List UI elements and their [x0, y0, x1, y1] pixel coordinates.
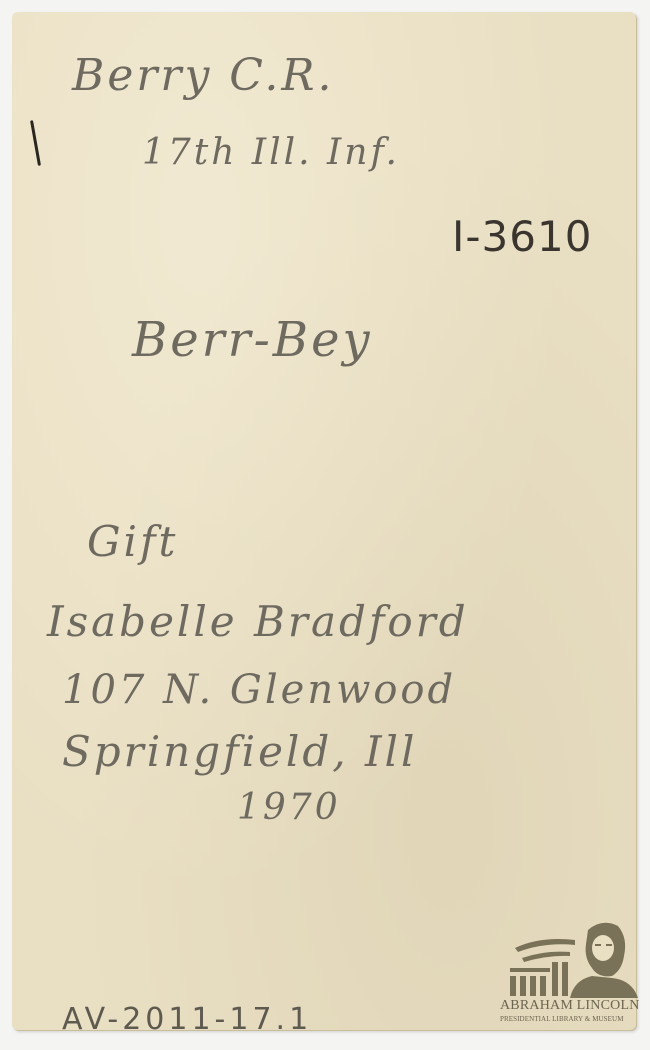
- catalog-number: I-3610: [452, 212, 592, 261]
- library-logo: ABRAHAM LINCOLN PRESIDENTIAL LIBRARY & M…: [500, 918, 640, 1030]
- gift-year: 1970: [237, 787, 341, 828]
- file-range: Berr-Bey: [132, 312, 373, 368]
- pencil-mark: [30, 120, 41, 166]
- soldier-name: Berry C.R.: [72, 50, 334, 101]
- card-back: Berry C.R. 17th Ill. Inf. I-3610 Berr-Be…: [12, 12, 636, 1030]
- lincoln-portrait-building-icon: [500, 918, 640, 998]
- donor-city: Springfield, Ill: [62, 727, 417, 776]
- accession-number: AV-2011-17.1: [62, 1002, 312, 1037]
- regiment-unit: 17th Ill. Inf.: [142, 132, 400, 173]
- donor-name: Isabelle Bradford: [47, 597, 469, 646]
- logo-subtitle: PRESIDENTIAL LIBRARY & MUSEUM: [500, 1015, 640, 1023]
- donor-street: 107 N. Glenwood: [62, 667, 456, 713]
- logo-name: ABRAHAM LINCOLN: [500, 998, 640, 1014]
- gift-label: Gift: [87, 517, 178, 566]
